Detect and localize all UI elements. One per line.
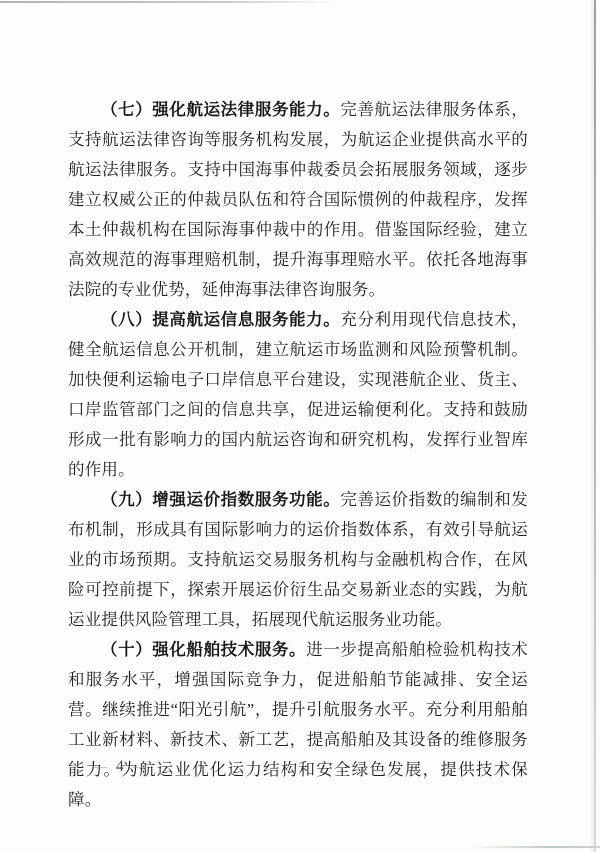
- section-8-heading: （八）提高航运信息服务能力。: [101, 310, 340, 329]
- section-10-text: 进一步提高船舶检验机构技术和服务水平，增强国际竞争力，促进船舶节能减排、安全运营…: [68, 640, 528, 809]
- section-8-text: 充分利用现代信息技术，健全航运信息公开机制，建立航运市场监测和风险预警机制。加快…: [68, 310, 528, 479]
- scanned-document-page: （七）强化航运法律服务能力。完善航运法律服务体系，支持航运法律咨询等服务机构发展…: [0, 0, 600, 852]
- footer-dash-right: —: [133, 759, 148, 775]
- page-footer: — 4 —: [92, 757, 148, 777]
- scan-edge-right: [594, 0, 596, 852]
- section-10-heading: （十）强化船舶技术服务。: [101, 640, 306, 659]
- document-body: （七）强化航运法律服务能力。完善航运法律服务体系，支持航运法律咨询等服务机构发展…: [68, 95, 528, 815]
- section-7-text: 完善航运法律服务体系，支持航运法律咨询等服务机构发展，为航运企业提供高水平的航运…: [68, 100, 528, 299]
- scan-edge-top: [0, 1, 340, 3]
- paragraph-section-8: （八）提高航运信息服务能力。充分利用现代信息技术，健全航运信息公开机制，建立航运…: [68, 305, 528, 485]
- section-9-text: 完善运价指数的编制和发布机制，形成具有国际影响力的运价指数体系，有效引导航运业的…: [68, 490, 528, 629]
- section-9-heading: （九）增强运价指数服务功能。: [101, 490, 340, 509]
- paragraph-section-10: （十）强化船舶技术服务。进一步提高船舶检验机构技术和服务水平，增强国际竞争力，促…: [68, 635, 528, 815]
- footer-dash-left: —: [92, 759, 107, 775]
- paragraph-section-7: （七）强化航运法律服务能力。完善航运法律服务体系，支持航运法律咨询等服务机构发展…: [68, 95, 528, 305]
- section-7-heading: （七）强化航运法律服务能力。: [101, 100, 340, 119]
- page-number: 4: [116, 757, 124, 777]
- scan-edge-bottom: [470, 846, 600, 848]
- paragraph-section-9: （九）增强运价指数服务功能。完善运价指数的编制和发布机制，形成具有国际影响力的运…: [68, 485, 528, 635]
